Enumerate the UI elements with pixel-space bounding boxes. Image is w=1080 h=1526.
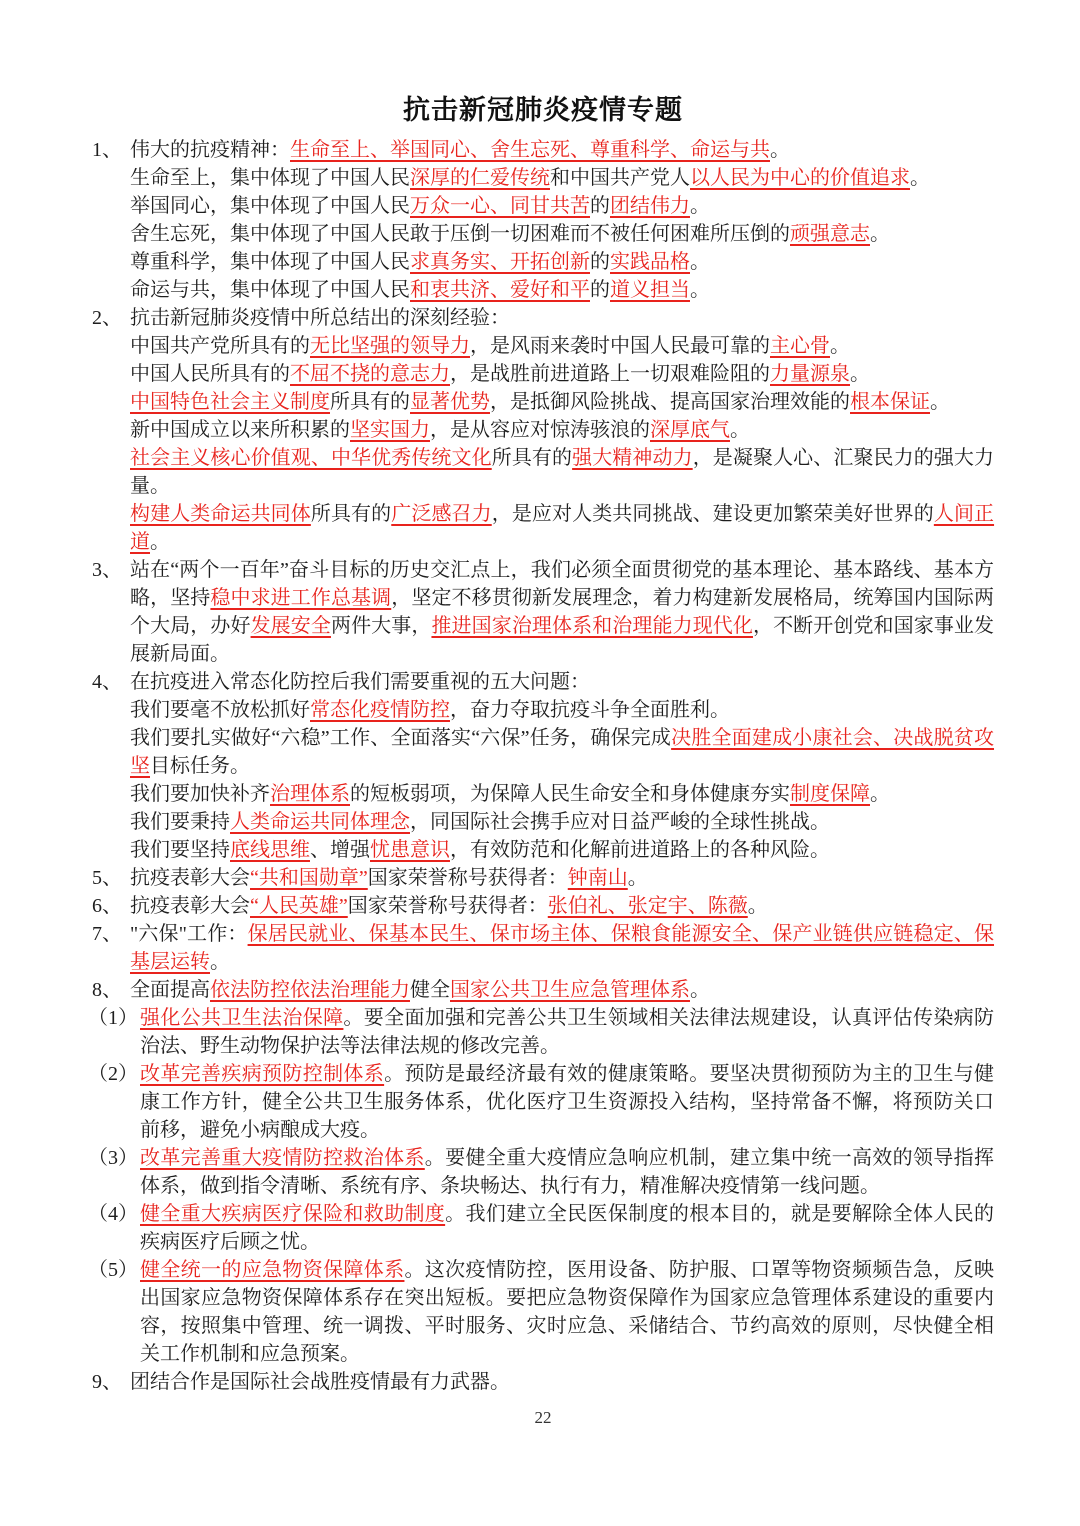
highlighted-phrase: 深厚的仁爱传统 <box>410 167 550 189</box>
text-run: ，是应对人类共同挑战、建设更加繁荣美好世界的 <box>492 503 934 525</box>
text-run: 抗疫表彰大会 <box>130 895 250 917</box>
highlighted-phrase: 深厚底气 <box>650 419 730 441</box>
text-run: 。 <box>690 251 710 273</box>
highlighted-phrase: 显著优势 <box>410 391 490 413</box>
text-run: 中国共产党所具有的 <box>130 335 310 357</box>
item-text: 健全重大疾病医疗保险和救助制度。我们建立全民医保制度的根本目的，就是要解除全体人… <box>140 1200 994 1256</box>
text-run: 。 <box>870 783 890 805</box>
text-run: 健全 <box>410 979 450 1001</box>
highlighted-phrase: 主心骨 <box>770 335 830 357</box>
item-number: 8、 <box>92 976 130 1004</box>
item-text: 全面提高依法防控依法治理能力健全国家公共卫生应急管理体系。 <box>130 976 994 1004</box>
text-run: 。 <box>690 979 710 1001</box>
highlighted-phrase: 健全重大疾病医疗保险和救助制度 <box>140 1203 445 1225</box>
list-item: 3、站在“两个一百年”奋斗目标的历史交汇点上，我们必须全面贯彻党的基本理论、基本… <box>92 556 994 668</box>
page-title: 抗击新冠肺炎疫情专题 <box>92 94 994 126</box>
text-run: 的短板弱项，为保障人民生命安全和身体健康夯实 <box>350 783 790 805</box>
list-item-continuation: 社会主义核心价值观、中华优秀传统文化所具有的强大精神动力，是凝聚人心、汇聚民力的… <box>92 444 994 500</box>
highlighted-phrase: 底线思维 <box>230 839 310 861</box>
highlighted-phrase: 社会主义核心价值观、中华优秀传统文化 <box>130 447 492 469</box>
item-number: （2） <box>88 1060 140 1088</box>
item-text: 在抗疫进入常态化防控后我们需要重视的五大问题： <box>130 668 994 696</box>
list-item: 6、抗疫表彰大会“人民英雄”国家荣誉称号获得者：张伯礼、张定宇、陈薇。 <box>92 892 994 920</box>
highlighted-phrase: 改革完善疾病预防控制体系 <box>140 1063 384 1085</box>
item-number: 2、 <box>92 304 130 332</box>
text-run: 我们要扎实做好“六稳”工作、全面落实“六保”任务，确保完成 <box>130 727 671 749</box>
list-item: 7、"六保"工作：保居民就业、保基本民生、保市场主体、保粮食能源安全、保产业链供… <box>92 920 994 976</box>
list-item-continuation: 舍生忘死，集中体现了中国人民敢于压倒一切困难而不被任何困难所压倒的顽强意志。 <box>92 220 994 248</box>
text-run: 。 <box>690 195 710 217</box>
text-run: 中国人民所具有的 <box>130 363 290 385</box>
highlighted-phrase: 团结伟力 <box>610 195 690 217</box>
text-run: 。 <box>870 223 890 245</box>
highlighted-phrase: 不屈不挠的意志力 <box>290 363 450 385</box>
item-number: （4） <box>88 1200 140 1228</box>
list-item-continuation: 中国人民所具有的不屈不挠的意志力，是战胜前进道路上一切艰难险阻的力量源泉。 <box>92 360 994 388</box>
text-run: ，奋力夺取抗疫斗争全面胜利。 <box>450 699 730 721</box>
item-text: 我们要毫不放松抓好常态化疫情防控，奋力夺取抗疫斗争全面胜利。 <box>130 696 994 724</box>
text-run: 。 <box>748 895 768 917</box>
sub-list-item: （5）健全统一的应急物资保障体系。这次疫情防控，医用设备、防护服、口罩等物资频频… <box>88 1256 994 1368</box>
highlighted-phrase: 顽强意志 <box>790 223 870 245</box>
item-text: 抗疫表彰大会“人民英雄”国家荣誉称号获得者：张伯礼、张定宇、陈薇。 <box>130 892 994 920</box>
text-run: 。 <box>930 391 950 413</box>
text-run: 。 <box>730 419 750 441</box>
text-run: 的 <box>590 251 610 273</box>
item-text: 改革完善疾病预防控制体系。预防是最经济最有效的健康策略。要坚决贯彻预防为主的卫生… <box>140 1060 994 1144</box>
item-text: 强化公共卫生法治保障。要全面加强和完善公共卫生领域相关法律法规建设，认真评估传染… <box>140 1004 994 1060</box>
text-run: 舍生忘死，集中体现了中国人民敢于压倒一切困难而不被任何困难所压倒的 <box>130 223 790 245</box>
highlighted-phrase: 生命至上、举国同心、舍生忘死、尊重科学、命运与共 <box>290 139 770 161</box>
item-text: 抗疫表彰大会“共和国勋章”国家荣誉称号获得者：钟南山。 <box>130 864 994 892</box>
highlighted-phrase: 实践品格 <box>610 251 690 273</box>
text-run: 。 <box>210 951 230 973</box>
highlighted-phrase: 稳中求进工作总基调 <box>210 587 391 609</box>
list-item-continuation: 命运与共，集中体现了中国人民和衷共济、爱好和平的道义担当。 <box>92 276 994 304</box>
item-text: 我们要坚持底线思维、增强忧患意识，有效防范和化解前进道路上的各种风险。 <box>130 836 994 864</box>
text-run: ，是战胜前进道路上一切艰难险阻的 <box>450 363 770 385</box>
item-text: 社会主义核心价值观、中华优秀传统文化所具有的强大精神动力，是凝聚人心、汇聚民力的… <box>130 444 994 500</box>
item-text: 中国人民所具有的不屈不挠的意志力，是战胜前进道路上一切艰难险阻的力量源泉。 <box>130 360 994 388</box>
list-item-continuation: 中国特色社会主义制度所具有的显著优势，是抵御风险挑战、提高国家治理效能的根本保证… <box>92 388 994 416</box>
list-item: 2、抗击新冠肺炎疫情中所总结出的深刻经验： <box>92 304 994 332</box>
highlighted-phrase: 国家公共卫生应急管理体系 <box>450 979 690 1001</box>
list-item-continuation: 尊重科学，集中体现了中国人民求真务实、开拓创新的实践品格。 <box>92 248 994 276</box>
text-run: 举国同心，集中体现了中国人民 <box>130 195 410 217</box>
highlighted-phrase: 力量源泉 <box>770 363 850 385</box>
highlighted-phrase: 推进国家治理体系和治理能力现代化 <box>431 615 753 637</box>
highlighted-phrase: 强大精神动力 <box>572 447 693 469</box>
highlighted-phrase: 中国特色社会主义制度 <box>130 391 330 413</box>
text-run: 所具有的 <box>492 447 572 469</box>
item-text: 生命至上，集中体现了中国人民深厚的仁爱传统和中国共产党人以人民为中心的价值追求。 <box>130 164 994 192</box>
text-run: 的 <box>590 279 610 301</box>
item-text: 我们要加快补齐治理体系的短板弱项，为保障人民生命安全和身体健康夯实制度保障。 <box>130 780 994 808</box>
text-run: 。 <box>850 363 870 385</box>
item-number: 1、 <box>92 136 130 164</box>
item-text: 站在“两个一百年”奋斗目标的历史交汇点上，我们必须全面贯彻党的基本理论、基本路线… <box>130 556 994 668</box>
text-run: 生命至上，集中体现了中国人民 <box>130 167 410 189</box>
text-run: 国家荣誉称号获得者： <box>348 895 548 917</box>
text-run: 国家荣誉称号获得者： <box>368 867 568 889</box>
text-run: 团结合作是国际社会战胜疫情最有力武器。 <box>130 1371 510 1393</box>
highlighted-phrase: 忧患意识 <box>370 839 450 861</box>
item-text: 命运与共，集中体现了中国人民和衷共济、爱好和平的道义担当。 <box>130 276 994 304</box>
list-item-continuation: 新中国成立以来所积累的坚实国力，是从容应对惊涛骇浪的深厚底气。 <box>92 416 994 444</box>
list-item: 1、伟大的抗疫精神：生命至上、举国同心、舍生忘死、尊重科学、命运与共。 <box>92 136 994 164</box>
list-item-continuation: 构建人类命运共同体所具有的广泛感召力，是应对人类共同挑战、建设更加繁荣美好世界的… <box>92 500 994 556</box>
highlighted-phrase: 无比坚强的领导力 <box>310 335 470 357</box>
item-number: 9、 <box>92 1368 130 1396</box>
item-text: 伟大的抗疫精神：生命至上、举国同心、舍生忘死、尊重科学、命运与共。 <box>130 136 994 164</box>
highlighted-phrase: 以人民为中心的价值追求 <box>690 167 910 189</box>
item-text: 团结合作是国际社会战胜疫情最有力武器。 <box>130 1368 994 1396</box>
text-run: 伟大的抗疫精神： <box>130 139 290 161</box>
item-text: 构建人类命运共同体所具有的广泛感召力，是应对人类共同挑战、建设更加繁荣美好世界的… <box>130 500 994 556</box>
page-number: 22 <box>92 1408 994 1428</box>
list-item: 5、抗疫表彰大会“共和国勋章”国家荣誉称号获得者：钟南山。 <box>92 864 994 892</box>
text-run: 全面提高 <box>130 979 210 1001</box>
item-text: 抗击新冠肺炎疫情中所总结出的深刻经验： <box>130 304 994 332</box>
item-text: "六保"工作：保居民就业、保基本民生、保市场主体、保粮食能源安全、保产业链供应链… <box>130 920 994 976</box>
highlighted-phrase: 根本保证 <box>850 391 930 413</box>
highlighted-phrase: 强化公共卫生法治保障 <box>140 1007 343 1029</box>
text-run: 的 <box>590 195 610 217</box>
text-run: 我们要秉持 <box>130 811 230 833</box>
highlighted-phrase: 保居民就业、保基本民生、保市场主体、保粮食能源安全、保产业链供应链稳定、保基层运… <box>130 923 994 973</box>
item-text: 举国同心，集中体现了中国人民万众一心、同甘共苦的团结伟力。 <box>130 192 994 220</box>
item-text: 我们要秉持人类命运共同体理念，同国际社会携手应对日益严峻的全球性挑战。 <box>130 808 994 836</box>
text-run: 两件大事， <box>331 615 431 637</box>
text-run: 我们要毫不放松抓好 <box>130 699 310 721</box>
highlighted-phrase: 钟南山 <box>568 867 628 889</box>
text-run: 。 <box>690 279 710 301</box>
highlighted-phrase: 道义担当 <box>610 279 690 301</box>
item-number: 5、 <box>92 864 130 892</box>
text-run: 新中国成立以来所积累的 <box>130 419 350 441</box>
highlighted-phrase: 治理体系 <box>270 783 350 805</box>
text-run: 我们要加快补齐 <box>130 783 270 805</box>
list-item-continuation: 我们要毫不放松抓好常态化疫情防控，奋力夺取抗疫斗争全面胜利。 <box>92 696 994 724</box>
highlighted-phrase: 求真务实、开拓创新 <box>410 251 590 273</box>
list-item-continuation: 我们要秉持人类命运共同体理念，同国际社会携手应对日益严峻的全球性挑战。 <box>92 808 994 836</box>
list-item: 9、团结合作是国际社会战胜疫情最有力武器。 <box>92 1368 994 1396</box>
item-text: 新中国成立以来所积累的坚实国力，是从容应对惊涛骇浪的深厚底气。 <box>130 416 994 444</box>
text-run: 。 <box>910 167 930 189</box>
highlighted-phrase: 人类命运共同体理念 <box>230 811 410 833</box>
item-text: 健全统一的应急物资保障体系。这次疫情防控，医用设备、防护服、口罩等物资频频告急，… <box>140 1256 994 1368</box>
text-run: 抗疫表彰大会 <box>130 867 250 889</box>
text-run: 。 <box>770 139 790 161</box>
text-run: 。 <box>830 335 850 357</box>
item-text: 改革完善重大疫情防控救治体系。要健全重大疫情应急响应机制，建立集中统一高效的领导… <box>140 1144 994 1200</box>
highlighted-phrase: 健全统一的应急物资保障体系 <box>140 1259 404 1281</box>
highlighted-phrase: 万众一心、同甘共苦 <box>410 195 590 217</box>
text-run: 我们要坚持 <box>130 839 230 861</box>
highlighted-phrase: 发展安全 <box>251 615 331 637</box>
item-number: （1） <box>88 1004 140 1032</box>
document-page: 抗击新冠肺炎疫情专题 1、伟大的抗疫精神：生命至上、举国同心、舍生忘死、尊重科学… <box>0 0 1080 1526</box>
highlighted-phrase: 坚实国力 <box>350 419 430 441</box>
item-text: 尊重科学，集中体现了中国人民求真务实、开拓创新的实践品格。 <box>130 248 994 276</box>
text-run: 目标任务。 <box>150 755 250 777</box>
highlighted-phrase: 常态化疫情防控 <box>310 699 450 721</box>
item-text: 舍生忘死，集中体现了中国人民敢于压倒一切困难而不被任何困难所压倒的顽强意志。 <box>130 220 994 248</box>
item-text: 中国特色社会主义制度所具有的显著优势，是抵御风险挑战、提高国家治理效能的根本保证… <box>130 388 994 416</box>
text-run: ，是抵御风险挑战、提高国家治理效能的 <box>490 391 850 413</box>
text-run: ，同国际社会携手应对日益严峻的全球性挑战。 <box>410 811 830 833</box>
sub-list-item: （1）强化公共卫生法治保障。要全面加强和完善公共卫生领域相关法律法规建设，认真评… <box>88 1004 994 1060</box>
list-item-continuation: 我们要扎实做好“六稳”工作、全面落实“六保”任务，确保完成决胜全面建成小康社会、… <box>92 724 994 780</box>
highlighted-phrase: 依法防控依法治理能力 <box>210 979 410 1001</box>
sub-list-item: （4）健全重大疾病医疗保险和救助制度。我们建立全民医保制度的根本目的，就是要解除… <box>88 1200 994 1256</box>
item-number: 3、 <box>92 556 130 584</box>
text-run: 。 <box>150 531 170 553</box>
item-number: 6、 <box>92 892 130 920</box>
text-run: ，是风雨来袭时中国人民最可靠的 <box>470 335 770 357</box>
highlighted-phrase: 制度保障 <box>790 783 870 805</box>
highlighted-phrase: “共和国勋章” <box>250 867 368 889</box>
text-run: 抗击新冠肺炎疫情中所总结出的深刻经验： <box>130 307 510 329</box>
text-run: 和中国共产党人 <box>550 167 690 189</box>
item-number: （5） <box>88 1256 140 1284</box>
document-body: 1、伟大的抗疫精神：生命至上、举国同心、舍生忘死、尊重科学、命运与共。生命至上，… <box>92 136 994 1396</box>
item-text: 我们要扎实做好“六稳”工作、全面落实“六保”任务，确保完成决胜全面建成小康社会、… <box>130 724 994 780</box>
text-run: 所具有的 <box>330 391 410 413</box>
item-number: 7、 <box>92 920 130 948</box>
sub-list-item: （3）改革完善重大疫情防控救治体系。要健全重大疫情应急响应机制，建立集中统一高效… <box>88 1144 994 1200</box>
list-item: 8、全面提高依法防控依法治理能力健全国家公共卫生应急管理体系。 <box>92 976 994 1004</box>
text-run: "六保"工作： <box>130 923 248 945</box>
list-item-continuation: 中国共产党所具有的无比坚强的领导力，是风雨来袭时中国人民最可靠的主心骨。 <box>92 332 994 360</box>
text-run: 尊重科学，集中体现了中国人民 <box>130 251 410 273</box>
sub-list-item: （2）改革完善疾病预防控制体系。预防是最经济最有效的健康策略。要坚决贯彻预防为主… <box>88 1060 994 1144</box>
item-text: 中国共产党所具有的无比坚强的领导力，是风雨来袭时中国人民最可靠的主心骨。 <box>130 332 994 360</box>
text-run: 、增强 <box>310 839 370 861</box>
text-run: ，有效防范和化解前进道路上的各种风险。 <box>450 839 830 861</box>
highlighted-phrase: 和衷共济、爱好和平 <box>410 279 590 301</box>
text-run: 命运与共，集中体现了中国人民 <box>130 279 410 301</box>
list-item-continuation: 举国同心，集中体现了中国人民万众一心、同甘共苦的团结伟力。 <box>92 192 994 220</box>
list-item-continuation: 我们要坚持底线思维、增强忧患意识，有效防范和化解前进道路上的各种风险。 <box>92 836 994 864</box>
highlighted-phrase: 构建人类命运共同体 <box>130 503 311 525</box>
highlighted-phrase: 广泛感召力 <box>391 503 491 525</box>
text-run: 所具有的 <box>311 503 391 525</box>
text-run: 在抗疫进入常态化防控后我们需要重视的五大问题： <box>130 671 590 693</box>
text-run: 。 <box>628 867 648 889</box>
highlighted-phrase: 张伯礼、张定宇、陈薇 <box>548 895 748 917</box>
list-item: 4、在抗疫进入常态化防控后我们需要重视的五大问题： <box>92 668 994 696</box>
highlighted-phrase: “人民英雄” <box>250 895 348 917</box>
list-item-continuation: 我们要加快补齐治理体系的短板弱项，为保障人民生命安全和身体健康夯实制度保障。 <box>92 780 994 808</box>
item-number: （3） <box>88 1144 140 1172</box>
list-item-continuation: 生命至上，集中体现了中国人民深厚的仁爱传统和中国共产党人以人民为中心的价值追求。 <box>92 164 994 192</box>
highlighted-phrase: 改革完善重大疫情防控救治体系 <box>140 1147 425 1169</box>
item-number: 4、 <box>92 668 130 696</box>
text-run: ，是从容应对惊涛骇浪的 <box>430 419 650 441</box>
